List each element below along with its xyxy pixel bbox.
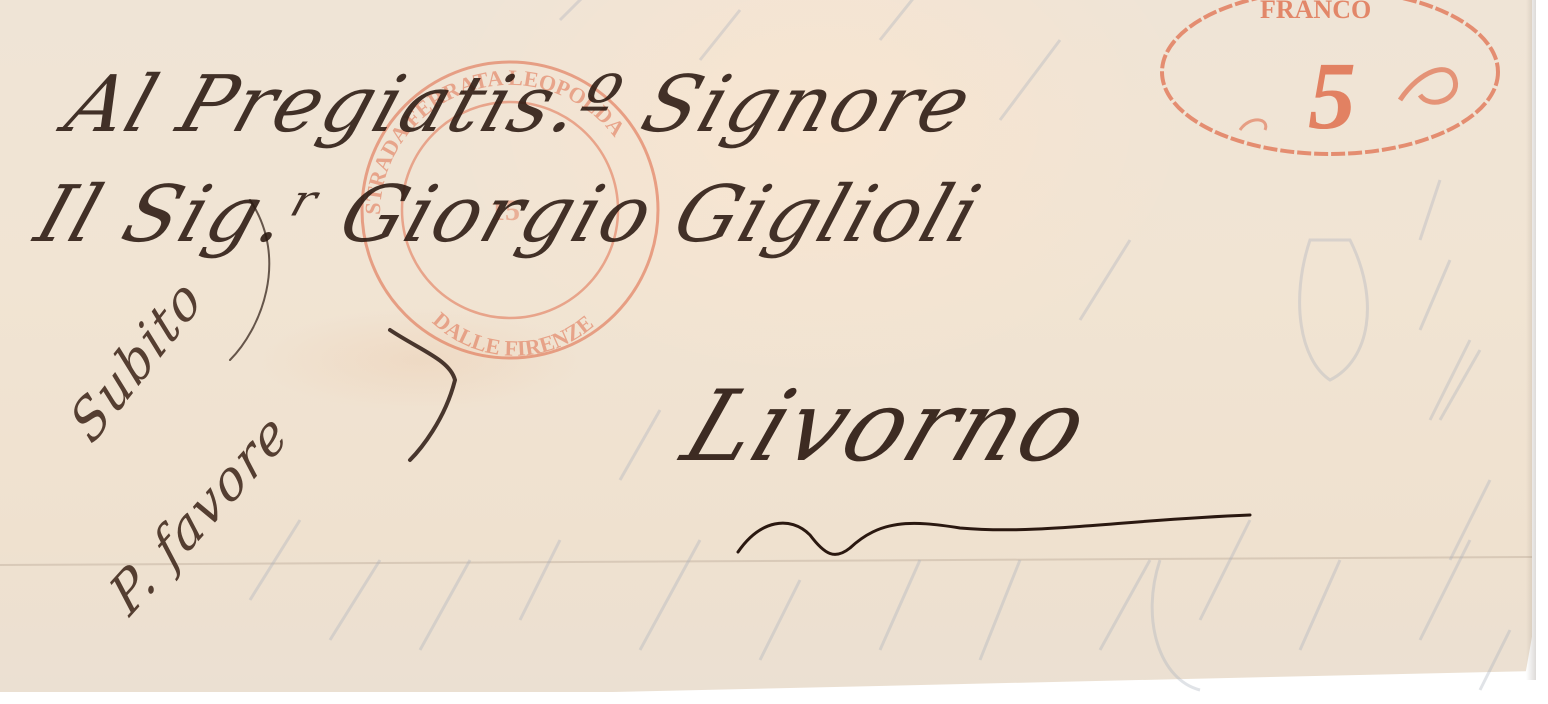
city-underline-flourish: [738, 515, 1250, 554]
bracket-flourish: [390, 330, 455, 460]
ink-flourishes: [0, 0, 1548, 704]
pencil-cross-stroke: [230, 200, 269, 360]
